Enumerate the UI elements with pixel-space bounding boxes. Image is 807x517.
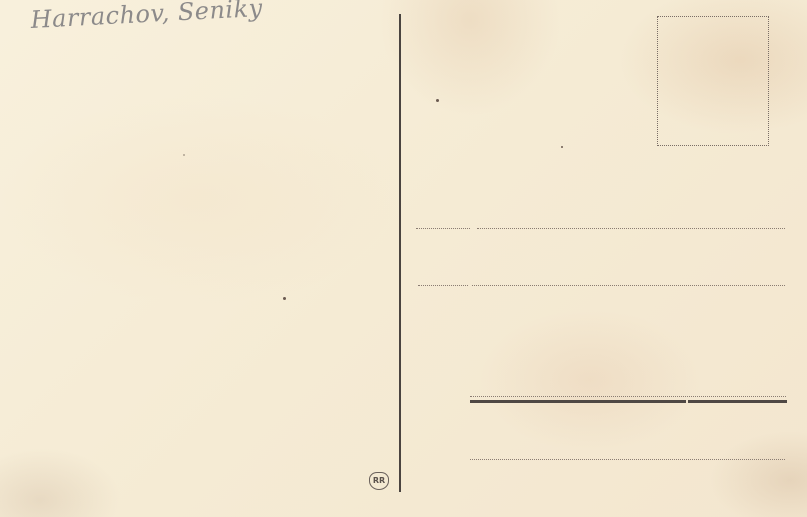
address-line-1b [477,228,785,229]
address-line-3 [470,396,786,397]
ink-speck [183,154,185,156]
address-underline-right [688,400,787,403]
publisher-logo-icon: RR [369,472,389,490]
ink-speck [561,146,563,148]
stamp-placeholder-box [657,16,769,146]
address-underline-left [470,400,686,403]
postcard-back: Harrachov, Seniky RR [0,0,807,517]
address-line-2a [418,285,468,286]
address-line-2b [472,285,785,286]
address-line-1a [416,228,470,229]
address-line-4 [470,459,785,460]
ink-speck [436,99,439,102]
ink-speck [283,297,286,300]
handwritten-caption: Harrachov, Seniky [30,0,263,34]
center-divider-line [399,14,401,492]
